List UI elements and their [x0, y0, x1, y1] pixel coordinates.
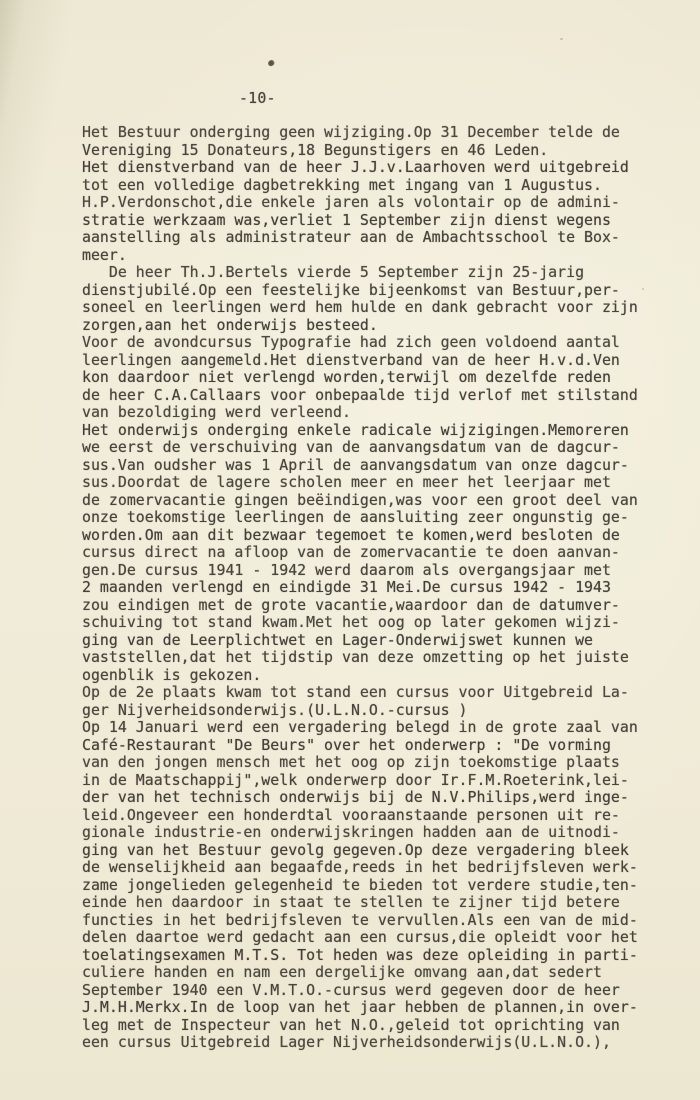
text-line: zorgen,aan het onderwijs besteed. [82, 317, 638, 335]
text-line: J.M.H.Merkx.In de loop van het jaar hebb… [82, 999, 638, 1017]
text-line: leerlingen aangemeld.Het dienstverband v… [82, 352, 638, 370]
text-line: ogenblik is gekozen. [82, 667, 638, 685]
text-line: kon daardoor niet verlengd worden,terwij… [82, 369, 638, 387]
text-line: tot een volledige dagbetrekking met inga… [82, 177, 638, 195]
text-line: ging van het Bestuur gevolg gegeven.Op d… [82, 842, 638, 860]
text-line: einde hen daardoor in staat te stellen t… [82, 894, 638, 912]
text-line: we eerst de verschuiving van de aanvangs… [82, 439, 638, 457]
text-line: Het dienstverband van de heer J.J.v.Laar… [82, 159, 638, 177]
body-text: Het Bestuur onderging geen wijziging.Op … [82, 124, 638, 1052]
text-line: van bezoldiging werd verleend. [82, 404, 638, 422]
text-line: ging van de Leerplichtwet en Lager-Onder… [82, 632, 638, 650]
document-page: -10- Het Bestuur onderging geen wijzigin… [0, 0, 700, 1100]
text-line: H.P.Verdonschot,die enkele jaren als vol… [82, 194, 638, 212]
text-line: de zomervacantie gingen beëindigen,was v… [82, 492, 638, 510]
text-line: vaststellen,dat het tijdstip van deze om… [82, 649, 638, 667]
text-line: onze toekomstige leerlingen de aansluiti… [82, 509, 638, 527]
text-line: soneel en leerlingen werd hem hulde en d… [82, 299, 638, 317]
text-line: dienstjubilé.Op een feestelijke bijeenko… [82, 282, 638, 300]
text-line: van den jongen mensch met het oog op zij… [82, 754, 638, 772]
text-line: in de Maatschappij",welk onderwerp door … [82, 772, 638, 790]
text-line: Op de 2e plaats kwam tot stand een cursu… [82, 684, 638, 702]
text-line: schuiving tot stand kwam.Met het oog op … [82, 614, 638, 632]
text-line: stratie werkzaam was,verliet 1 September… [82, 212, 638, 230]
paper-speck [560, 38, 563, 40]
text-line: de wenselijkheid aan begaafde,reeds in h… [82, 859, 638, 877]
text-line: September 1940 een V.M.T.O.-cursus werd … [82, 982, 638, 1000]
text-line: Voor de avondcursus Typografie had zich … [82, 334, 638, 352]
text-line: gionale industrie-en onderwijskringen ha… [82, 824, 638, 842]
paper-speck [642, 288, 644, 290]
text-line: Het onderwijs onderging enkele radicale … [82, 422, 638, 440]
text-line: de heer C.A.Callaars voor onbepaalde tij… [82, 387, 638, 405]
text-line: Op 14 Januari werd een vergadering beleg… [82, 719, 638, 737]
text-line: sus.Van oudsher was 1 April de aanvangsd… [82, 457, 638, 475]
text-line: sus.Doordat de lagere scholen meer en me… [82, 474, 638, 492]
text-line: een cursus Uitgebreid Lager Nijverheidso… [82, 1034, 638, 1052]
text-line: De heer Th.J.Bertels vierde 5 September … [82, 264, 638, 282]
text-line: aanstelling als administrateur aan de Am… [82, 229, 638, 247]
text-line: 2 maanden verlengd en eindigde 31 Mei.De… [82, 579, 638, 597]
text-line: Café-Restaurant "De Beurs" over het onde… [82, 737, 638, 755]
text-line: meer. [82, 247, 638, 265]
text-line: der van het technisch onderwijs bij de N… [82, 789, 638, 807]
text-line: delen daartoe werd gedacht aan een cursu… [82, 929, 638, 947]
text-line: Het Bestuur onderging geen wijziging.Op … [82, 124, 638, 142]
text-line: Vereniging 15 Donateurs,18 Begunstigers … [82, 142, 638, 160]
text-line: cursus direct na afloop van de zomervaca… [82, 544, 638, 562]
text-line: leg met de Inspecteur van het N.O.,gelei… [82, 1017, 638, 1035]
text-line: culiere handen en nam een dergelijke omv… [82, 964, 638, 982]
text-line: worden.Om aan dit bezwaar tegemoet te ko… [82, 527, 638, 545]
text-line: gen.De cursus 1941 - 1942 werd daarom al… [82, 562, 638, 580]
text-line: zame jongelieden gelegenheid te bieden t… [82, 877, 638, 895]
page-number: -10- [239, 90, 276, 108]
text-line: toelatingsexamen M.T.S. Tot heden was de… [82, 947, 638, 965]
text-line: leid.Ongeveer een honderdtal vooraanstaa… [82, 807, 638, 825]
text-line: zou eindigen met de grote vacantie,waard… [82, 597, 638, 615]
text-line: ger Nijverheidsonderwijs.(U.L.N.O.-cursu… [82, 702, 638, 720]
text-line: functies in het bedrijfsleven te vervull… [82, 912, 638, 930]
ink-smudge [267, 59, 276, 67]
